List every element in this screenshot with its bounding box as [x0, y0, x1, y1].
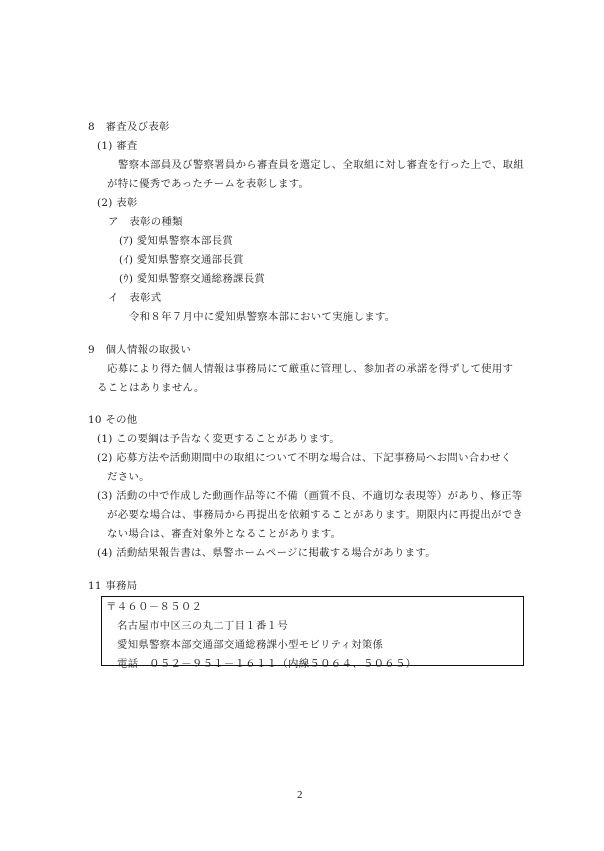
s8-sub1-body-cont: が特に優秀であったチームを表彰します。 [107, 177, 309, 191]
s10-item: (1) この要綱は予告なく変更することがあります。 [97, 432, 340, 446]
award-item: (ｱ) 愛知県警察本部長賞 [119, 234, 233, 248]
s8-heading: 8 審査及び表彰 [88, 120, 170, 134]
s10-item-cont: が必要な場合は、事務局から再提出を依頼することがあります。期限内に再提出ができ [107, 508, 523, 522]
s8-a-heading: ア 表彰の種類 [108, 215, 183, 229]
s10-item: (2) 応募方法や活動期間中の取組について不明な場合は、下記事務局へお問い合わせ… [97, 451, 512, 465]
s9-body-cont: ることはありません。 [97, 381, 205, 395]
s8-i-body: 令和８年７月中に愛知県警察本部において実施します。 [129, 310, 395, 324]
contact-office: 愛知県警察本部交通部交通総務課小型モビリティ対策係 [117, 638, 383, 652]
s10-item-cont: ださい。 [107, 470, 150, 484]
s8-sub1-body: 警察本部員及び警察署員から審査員を選定し、全取組に対し審査を行った上で、取組 [118, 158, 524, 172]
s8-sub1-heading: (1) 審査 [97, 139, 138, 153]
s8-sub2-heading: (2) 表彰 [97, 196, 138, 210]
s10-heading: 10 その他 [88, 413, 138, 427]
award-item: (ｳ) 愛知県警察交通総務課長賞 [119, 272, 265, 286]
s9-body: 応募により得た個人情報は事務局にて厳重に管理し、参加者の承諾を得ずして使用す [107, 362, 513, 376]
s10-item: (3) 活動の中で作成した動画作品等に不備（画質不良、不適切な表現等）があり、修… [97, 489, 522, 503]
award-item: (ｲ) 愛知県警察交通部長賞 [119, 253, 244, 267]
s8-i-heading: イ 表彰式 [108, 291, 161, 305]
s10-item-cont: ない場合は、審査対象外となることがあります。 [107, 527, 341, 541]
page-number: 2 [297, 789, 303, 801]
s11-heading: 11 事務局 [88, 579, 138, 593]
contact-phone: 電話 ０５２－９５１－１６１１（内線５０６４、５０６５） [117, 657, 416, 671]
s9-heading: 9 個人情報の取扱い [88, 343, 191, 357]
contact-postal: 〒４６０－８５０２ [106, 600, 202, 614]
contact-address: 名古屋市中区三の丸二丁目１番１号 [117, 619, 288, 633]
s10-item: (4) 活動結果報告書は、県警ホームページに掲載する場合があります。 [97, 546, 436, 560]
